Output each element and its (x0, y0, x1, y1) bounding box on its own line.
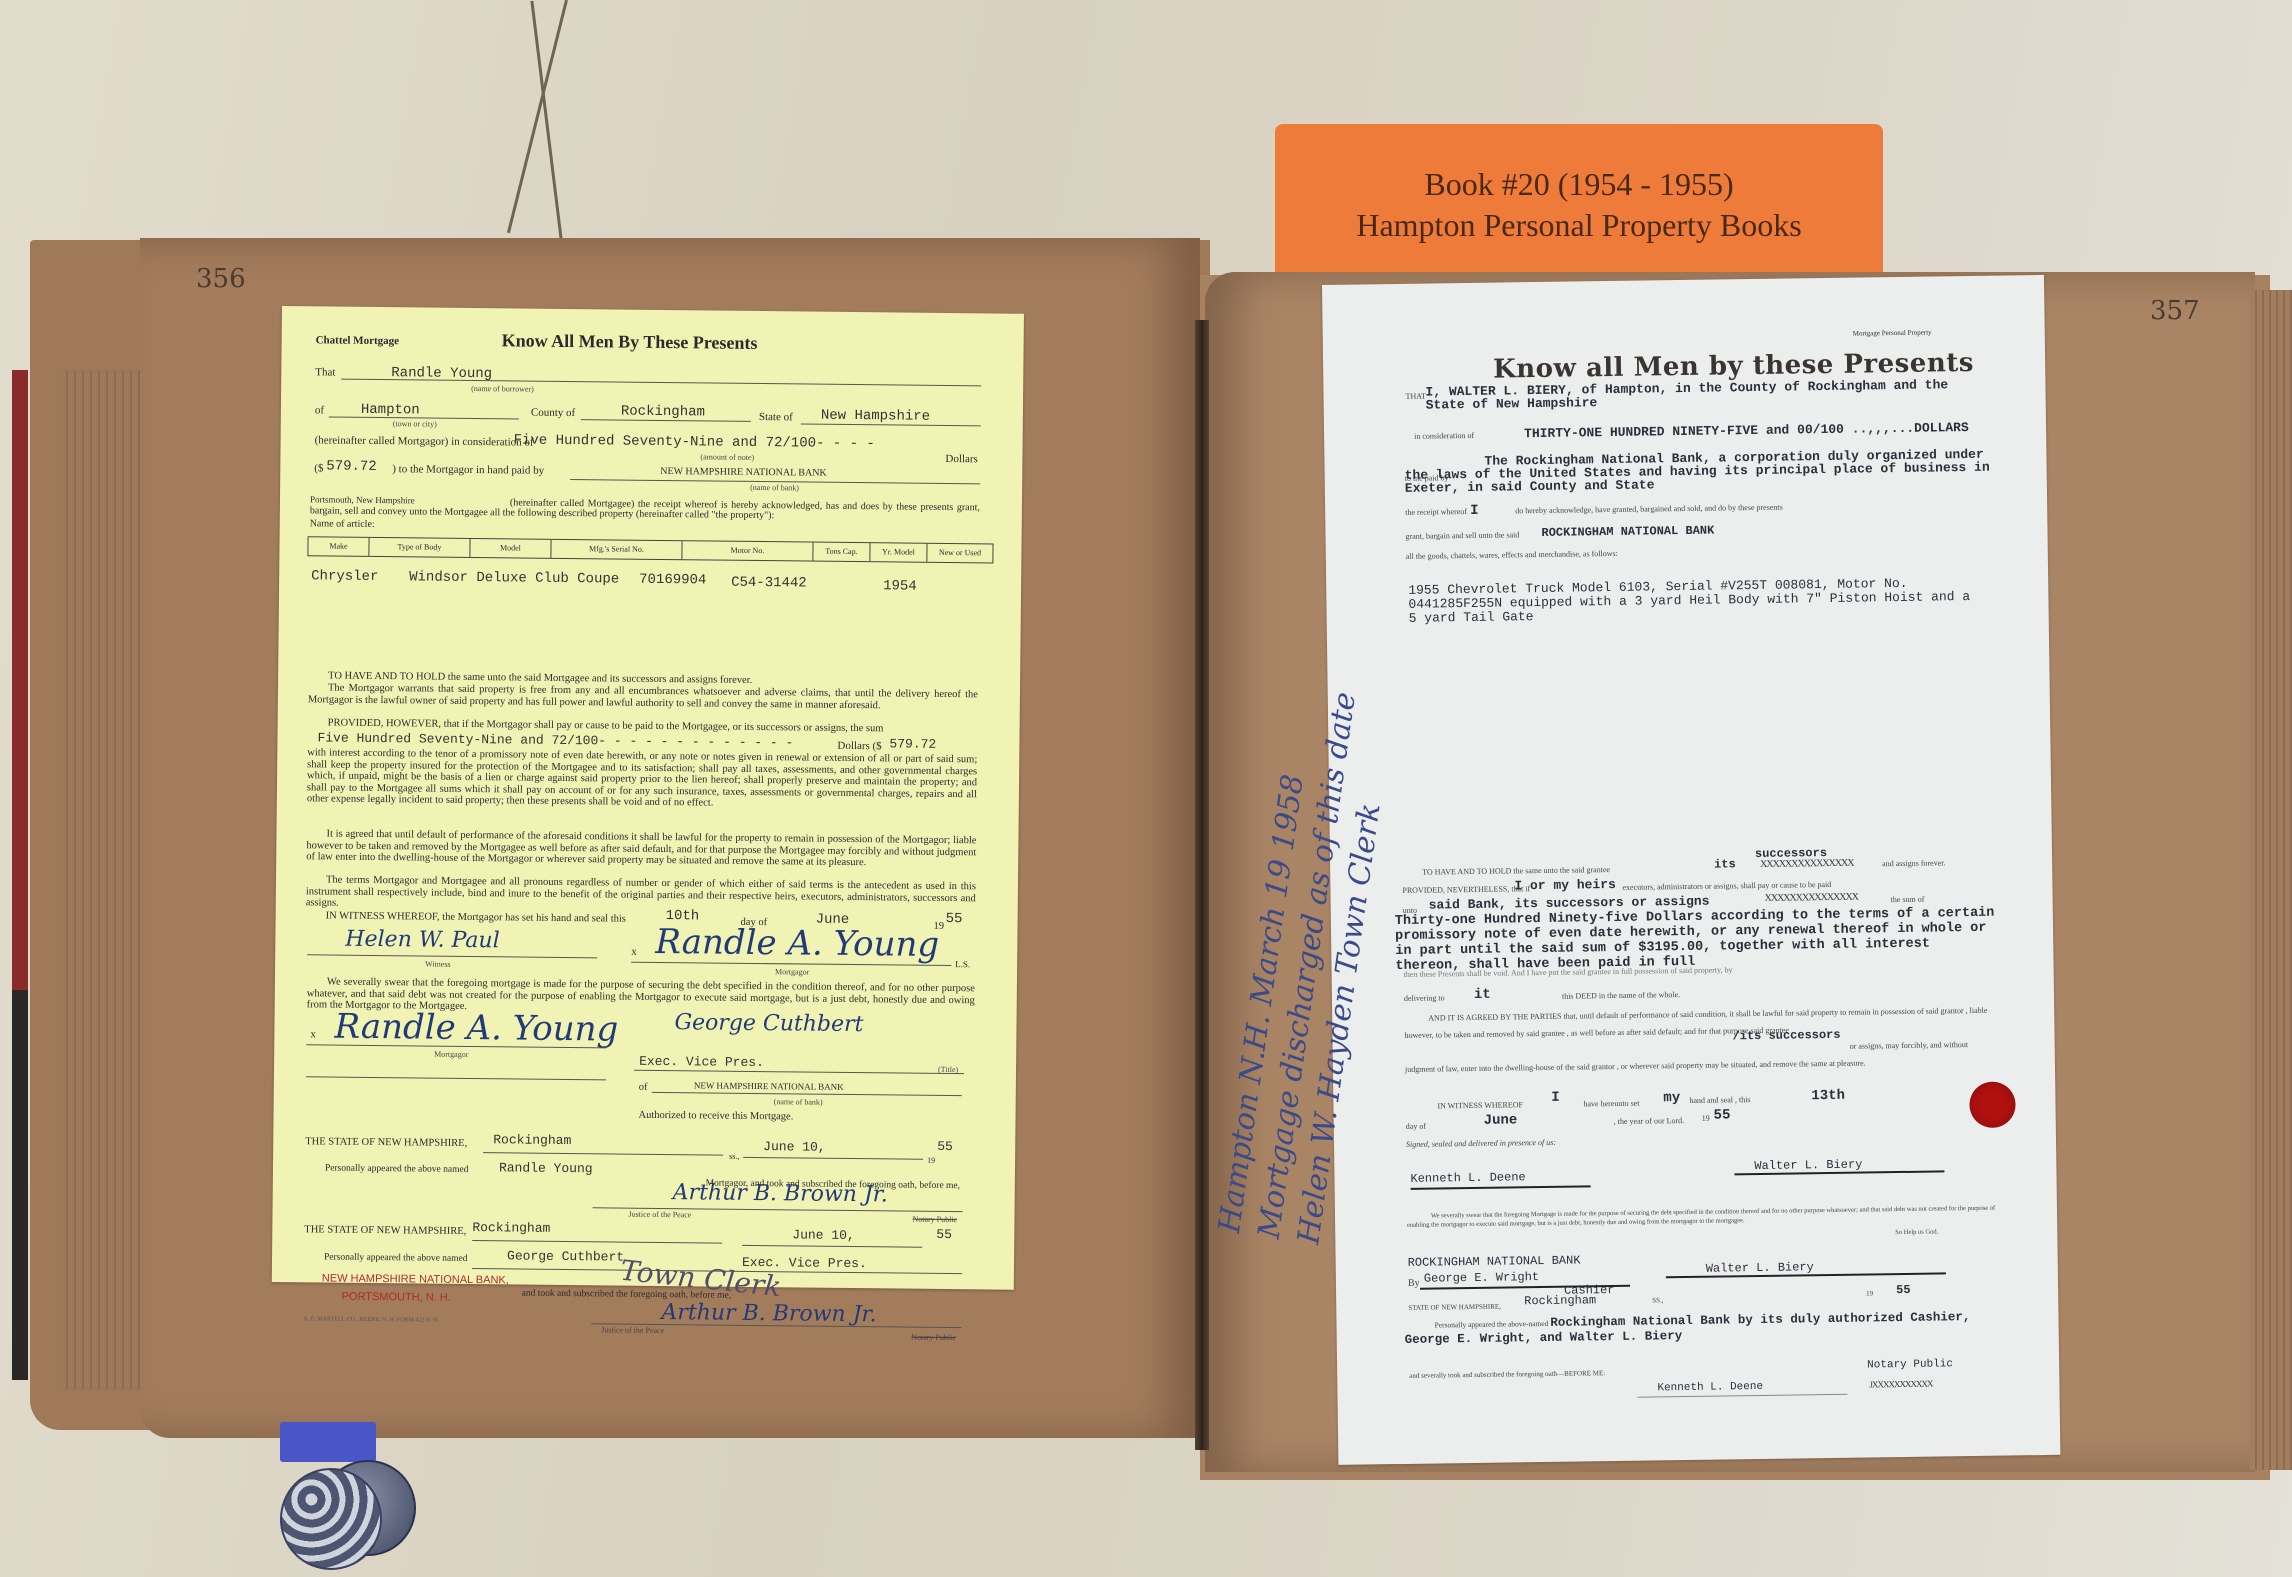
sum-label: the sum of (1891, 895, 1925, 904)
officer-bank: NEW HAMPSHIRE NATIONAL BANK (694, 1080, 844, 1092)
year-prefix: 19 (927, 1155, 935, 1167)
column-header: Model (470, 539, 551, 558)
property-description: 1955 Chevrolet Truck Model 6103, Serial … (1408, 576, 1979, 626)
article-label: Name of article: (310, 518, 375, 530)
binder-clip[interactable] (280, 1422, 376, 1462)
column-header: Type of Body (369, 538, 470, 557)
vehicle-make: Chrysler (311, 568, 378, 585)
ack1-appeared-label: Personally appeared the above named (325, 1164, 475, 1175)
bank-stamp: NEW HAMPSHIRE NATIONAL BANK, (322, 1272, 509, 1286)
caption: (name of bank) (750, 483, 799, 493)
column-header: Tons Cap. (813, 543, 870, 562)
grant-label: grant, bargain and sell unto the said (1405, 530, 1519, 541)
ack1-date: June 10, (763, 1139, 826, 1155)
rule (743, 1157, 923, 1160)
mortgagee-text: (hereinafter called Mortgagee) the recei… (310, 496, 980, 523)
ack2-year: 55 (936, 1227, 952, 1242)
town: Hampton (361, 402, 420, 419)
cashier-name: George E. Wright (1424, 1270, 1539, 1286)
rule (472, 1240, 722, 1244)
ack1-county: Rockingham (493, 1132, 571, 1148)
book-spine-lower (12, 990, 28, 1380)
so-help-label: So Help us God. (1895, 1228, 1938, 1236)
vehicle-year: 1954 (883, 578, 917, 594)
vehicle-body-model: Windsor Deluxe Club Coupe (409, 569, 619, 587)
officer-title: Exec. Vice Pres. (639, 1054, 764, 1070)
appeared-label-text: Personally appeared the above-named (1434, 1319, 1548, 1330)
rule (634, 1070, 964, 1074)
rule (742, 1245, 922, 1248)
year-prefix: 19 (1866, 1289, 1873, 1297)
oath-before-label: and severally took and subscribed the fo… (1409, 1369, 1605, 1380)
bank-stamp-city: PORTSMOUTH, N. H. (342, 1291, 451, 1304)
bank-name: NEW HAMPSHIRE NATIONAL BANK (660, 466, 826, 479)
witness-name: Kenneth L. Deene (1410, 1170, 1525, 1186)
caption: (Title) (938, 1065, 958, 1074)
witness-year: 55 (946, 911, 963, 927)
witness-hand: hand and seal , this (1689, 1095, 1750, 1105)
clip-charm (280, 1468, 382, 1570)
ack2-date: June 10, (792, 1227, 855, 1243)
caption: Notary Public (912, 1215, 957, 1224)
book-gutter (1195, 320, 1209, 1450)
ack1-name: Randle Young (499, 1160, 593, 1176)
amount: THIRTY-ONE HUNDRED NINETY-FIVE and 00/10… (1524, 420, 1969, 441)
oath-text: We severally swear that the foregoing Mo… (1407, 1204, 1997, 1230)
notary-title: Notary Public (1867, 1358, 1953, 1371)
payer-text: The Rockingham National Bank, a corporat… (1404, 448, 1994, 495)
paid-by-label: ) to the Mortgagor in hand paid by (392, 463, 544, 477)
struck-justice: JXXXXXXXXXXX (1869, 1379, 1932, 1390)
witness-month: June (1484, 1112, 1518, 1128)
caption: Justice of the Peace (601, 1325, 664, 1335)
ack1-state-label: THE STATE OF NEW HAMPSHIRE, (305, 1136, 467, 1149)
receipt-who: I (1470, 503, 1479, 519)
form-header: Mortgage Personal Property (1853, 328, 1932, 337)
book-label-line2: Hampton Personal Property Books (1275, 207, 1883, 244)
amount-numeric: 579.72 (326, 458, 377, 475)
caption: Witness (425, 960, 451, 969)
caption: (town or city) (393, 419, 437, 428)
county: Rockingham (621, 404, 705, 421)
vehicle-serial: 70169904 (639, 572, 706, 589)
rule (306, 1076, 606, 1080)
interest-text: with interest according to the tenor of … (307, 747, 978, 812)
year-label: , the year of our Lord. (1614, 1116, 1685, 1126)
agreed-end: or assigns, may forcibly, and without ju… (1405, 1036, 1995, 1078)
witness-day: 13th (1811, 1088, 1845, 1104)
caption: Mortgagor (434, 1050, 468, 1059)
justice-signature-2: Arthur B. Brown Jr. (661, 1300, 876, 1327)
x-mark: x (310, 1028, 316, 1040)
page-edges-right (2250, 290, 2292, 1470)
book-label-line1: Book #20 (1954 - 1955) (1275, 166, 1883, 203)
property-table-header: Make Type of Body Model Mfg.'s Serial No… (307, 536, 993, 563)
provided-text: executors, administrators or assigns, sh… (1622, 880, 1831, 892)
page-number-right: 357 (2150, 296, 2200, 326)
caption: (name of borrower) (471, 384, 534, 394)
habendum-its: its (1714, 857, 1736, 871)
vehicle-motor: C54-31442 (731, 575, 807, 592)
rule (307, 954, 597, 958)
signed-label: Signed, sealed and delivered in presence… (1406, 1138, 1556, 1149)
terms-text: The terms Mortgagor and Mortgagee and al… (306, 874, 976, 916)
caption: (amount of note) (700, 452, 754, 462)
receipt-text: do hereby acknowledge, have granted, bar… (1515, 503, 1783, 516)
grantor-text: I, WALTER L. BIERY, of Hampton, in the C… (1425, 378, 1985, 412)
witness-signature: Helen W. Paul (345, 927, 500, 954)
sum-numeric: 579.72 (889, 736, 936, 751)
provided-label: PROVIDED, NEVERTHELESS, that if (1402, 884, 1530, 895)
of-label: of (639, 1082, 648, 1094)
goods-label: all the goods, chattels, wares, effects … (1406, 549, 1618, 561)
grantor-signature-2: Walter L. Biery (1706, 1260, 1814, 1276)
delivering-label: delivering to (1404, 993, 1445, 1003)
year-prefix: 19 (1702, 1114, 1710, 1123)
column-header: New or Used (927, 544, 992, 563)
receipt-label: the receipt whereof (1405, 507, 1467, 517)
state-label: STATE OF NEW HAMPSHIRE, (1408, 1303, 1501, 1312)
officer-signature: George Cuthbert (674, 1010, 863, 1037)
rule (652, 1092, 962, 1096)
state: New Hampshire (821, 408, 930, 425)
struck-text: XXXXXXXXXXXXXXX (1765, 892, 1858, 904)
mortgagor-signature-2: Randle A. Young (334, 1007, 618, 1050)
witness-who: I (1551, 1090, 1560, 1106)
witness-my: my (1663, 1090, 1680, 1106)
column-header: Mfg.'s Serial No. (551, 540, 682, 559)
column-header: Motor No. (682, 541, 813, 560)
that-label: That (315, 366, 335, 378)
authorized-text: Authorized to receive this Mortgage. (638, 1110, 793, 1123)
column-header: Yr. Model (870, 543, 927, 562)
ss-label: ss., (729, 1151, 739, 1163)
page-number-left: 356 (196, 264, 246, 294)
notary-name: Kenneth L. Deene (1657, 1381, 1763, 1394)
county-label: County of (531, 407, 575, 419)
delivering-who: it (1474, 987, 1491, 1003)
bank-name: ROCKINGHAM NATIONAL BANK (1408, 1253, 1581, 1269)
ls-label: L.S. (955, 959, 970, 969)
consideration-label: (hereinafter called Mortgagor) in consid… (315, 434, 534, 448)
provided-who: I or my heirs (1514, 877, 1616, 893)
sum-dollars-label: Dollars ($ (837, 740, 881, 752)
ack1-year: 55 (937, 1139, 953, 1154)
ack2-name: George Cuthbert (507, 1248, 624, 1264)
by-label: By (1408, 1278, 1420, 1289)
habendum-end: and assigns forever. (1882, 858, 1945, 868)
caption: Notary Public (911, 1333, 956, 1342)
x-mark: x (631, 946, 637, 958)
agreed-text: It is agreed that until default of perfo… (306, 828, 976, 870)
ack-year: 55 (1896, 1283, 1911, 1297)
caption: Mortgagor (775, 967, 809, 976)
rule (1411, 1185, 1591, 1190)
amount-prefix: ($ (314, 462, 323, 474)
rule (1638, 1394, 1848, 1398)
justice-signature-1: Arthur B. Brown Jr. (673, 1180, 888, 1207)
column-header: Make (308, 537, 369, 556)
caption: (name of bank) (774, 1097, 823, 1107)
mortgagor-signature: Randle A. Young (655, 922, 939, 965)
witness-text: IN WITNESS WHEREOF, the Mortgagor has se… (326, 910, 626, 925)
dollars-label: Dollars (945, 453, 978, 465)
ss-label: SS., (1652, 1296, 1663, 1304)
form-title: Know All Men By These Presents (502, 330, 758, 354)
appeared-label: Personally appeared the above-named Rock… (1404, 1310, 1994, 1348)
that-label: THAT (1405, 392, 1426, 401)
deed-text: this DEED in the name of the whole. (1562, 990, 1680, 1001)
borrower-name: Randle Young (391, 365, 492, 382)
personal-property-mortgage-form: Mortgage Personal Property Know all Men … (1322, 275, 2060, 1465)
amount-words: Five Hundred Seventy-Nine and 72/100- - … (514, 432, 875, 452)
witness-year: 55 (1714, 1107, 1731, 1123)
struck-executors: XXXXXXXXXXXXXXX (1760, 858, 1853, 870)
form-type-label: Chattel Mortgage (316, 334, 400, 347)
caption: Justice of the Peace (628, 1210, 691, 1220)
habendum-text: TO HAVE AND TO HOLD the same unto the sa… (1422, 865, 1610, 877)
wax-seal (1969, 1081, 2016, 1128)
witness-label: IN WITNESS WHEREOF (1437, 1100, 1523, 1110)
state-label: State of (759, 411, 793, 423)
chattel-mortgage-form: Chattel Mortgage Know All Men By These P… (272, 306, 1024, 1290)
consideration-label: in consideration of (1414, 431, 1474, 441)
grantor-signature: Walter L. Biery (1754, 1158, 1862, 1174)
ack2-appeared-label: Personally appeared the above named (324, 1252, 468, 1265)
book-spine (12, 370, 28, 990)
day-of-label: day of (1406, 1122, 1426, 1131)
grantee: ROCKINGHAM NATIONAL BANK (1541, 524, 1714, 540)
ack2-state-label: THE STATE OF NEW HAMPSHIRE, (304, 1224, 466, 1237)
page-edges-left (60, 370, 150, 1390)
ack2-county: Rockingham (472, 1220, 550, 1236)
rule (483, 1152, 723, 1156)
ack-county: Rockingham (1524, 1293, 1596, 1308)
book-label-tag: Book #20 (1954 - 1955) Hampton Personal … (1275, 124, 1883, 276)
witness-set: have hereunto set (1583, 1099, 1639, 1109)
of-label: of (315, 404, 324, 416)
